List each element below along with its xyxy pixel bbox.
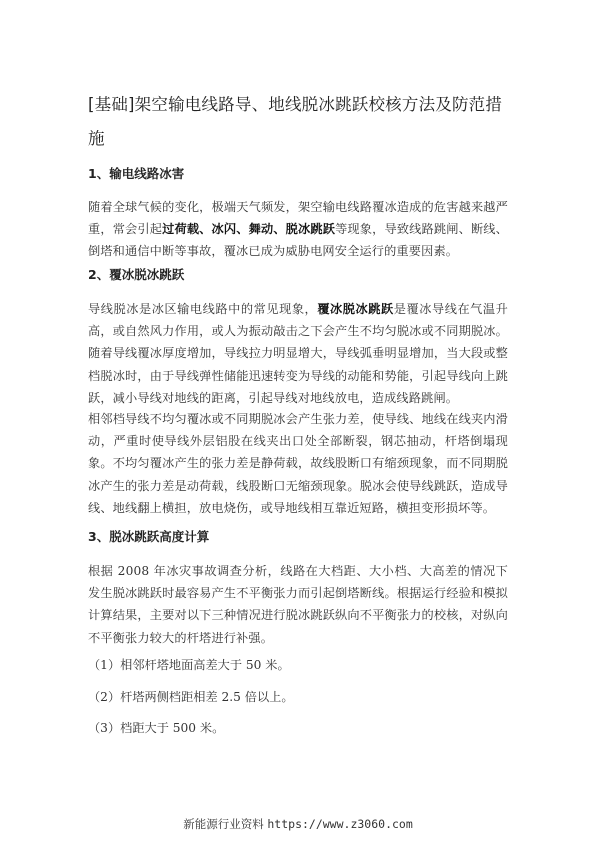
bold-terms: 过荷载、冰闪、舞动、脱冰跳跃 xyxy=(162,222,335,236)
section-heading-2: 2、覆冰脱冰跳跃 xyxy=(88,267,184,283)
list-item-3: （3）档距大于 500 米。 xyxy=(88,720,224,736)
section-3-paragraph-1: 根据 2008 年冰灾事故调查分析，线路在大档距、大小档、大高差的情况下发生脱冰… xyxy=(88,560,508,649)
page-footer: 新能源行业资料 https://www.z3060.com xyxy=(0,816,596,832)
section-2-paragraph-1: 导线脱冰是冰区输电线路中的常见现象，覆冰脱冰跳跃是覆冰导线在气温升高，或自然风力… xyxy=(88,298,508,409)
section-heading-3: 3、脱冰跳跃高度计算 xyxy=(88,529,209,545)
section-1-paragraph-1: 随着全球气候的变化，极端天气频发，架空输电线路覆冰造成的危害越来越严重，常会引起… xyxy=(88,196,508,263)
list-item-2: （2）杆塔两侧档距相差 2.5 倍以上。 xyxy=(88,689,294,705)
section-2-paragraph-2: 相邻档导线不均匀覆冰或不同期脱冰会产生张力差，使导线、地线在线夹内滑动，严重时使… xyxy=(88,408,508,519)
footer-url[interactable]: https://www.z3060.com xyxy=(267,817,412,831)
list-item-1: （1）相邻杆塔地面高差大于 50 米。 xyxy=(88,657,290,673)
document-title: [基础]架空输电线路导、地线脱冰跳跃校核方法及防范措施 xyxy=(88,88,508,156)
footer-label: 新能源行业资料 xyxy=(183,817,264,831)
bold-term: 覆冰脱冰跳跃 xyxy=(317,302,393,316)
section-heading-1: 1、输电线路冰害 xyxy=(88,166,184,182)
